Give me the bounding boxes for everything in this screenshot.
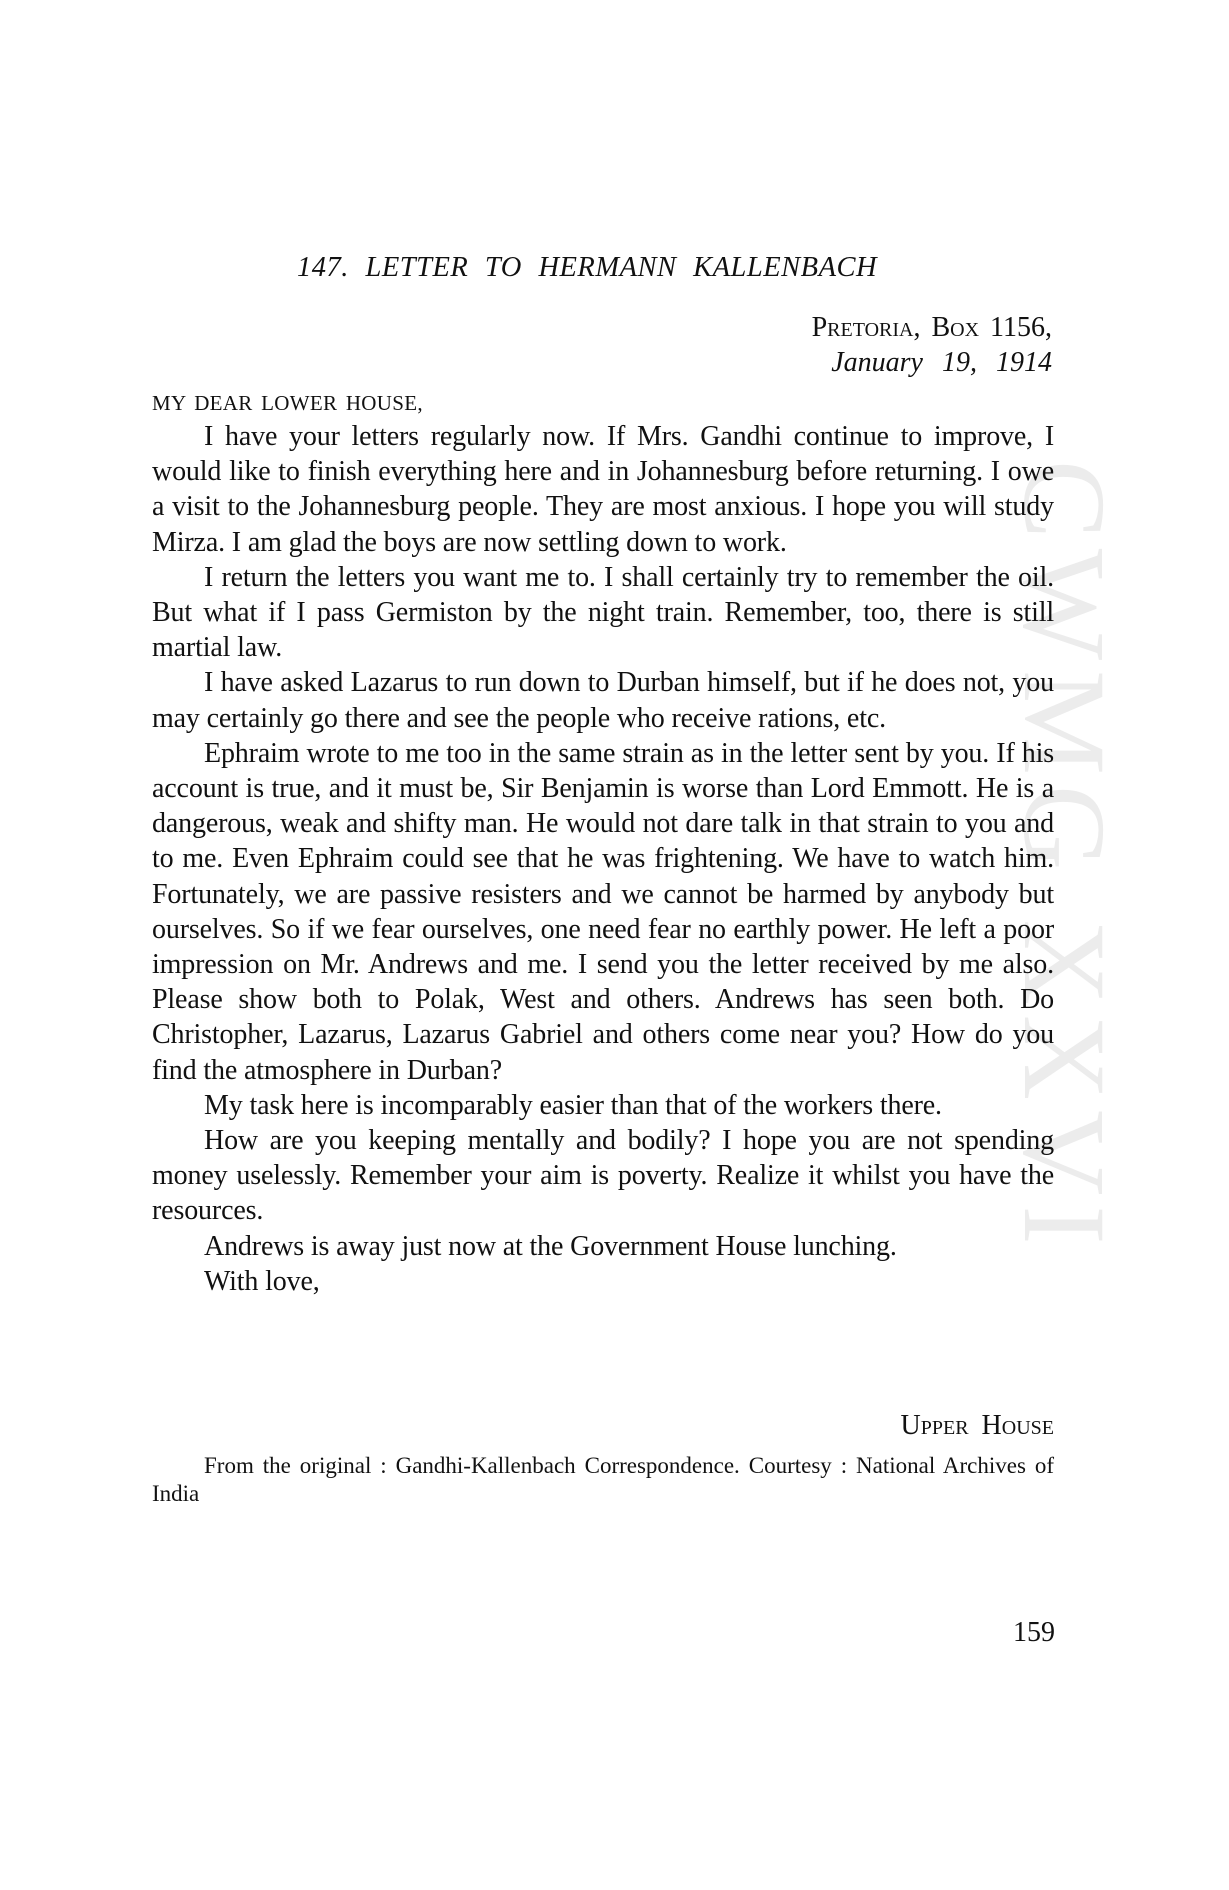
paragraph: I return the letters you want me to. I s… — [152, 560, 1054, 666]
paragraph: Ephraim wrote to me too in the same stra… — [152, 736, 1054, 1088]
paragraph: I have your letters regularly now. If Mr… — [152, 419, 1054, 560]
salutation: MY DEAR LOWER HOUSE, — [152, 391, 423, 416]
letter-date: January 19, 1914 — [831, 347, 1052, 379]
paragraph: How are you keeping mentally and bodily?… — [152, 1123, 1054, 1229]
paragraph: Andrews is away just now at the Governme… — [152, 1229, 1054, 1264]
source-note: From the original : Gandhi-Kallenbach Co… — [152, 1452, 1054, 1508]
letter-place: Pretoria, Box 1156, — [812, 312, 1052, 344]
document-title: 147. LETTER TO HERMANN KALLENBACH — [297, 252, 877, 284]
paragraph: I have asked Lazarus to run down to Durb… — [152, 665, 1054, 735]
place-name: Pretoria, Box — [812, 312, 979, 343]
closing: With love, — [152, 1264, 1054, 1299]
source-note-text: From the original : Gandhi-Kallenbach Co… — [152, 1452, 1054, 1508]
signature: Upper House — [901, 1410, 1054, 1442]
page-number: 159 — [1013, 1617, 1055, 1649]
letter-body: I have your letters regularly now. If Mr… — [152, 419, 1054, 1299]
place-box-number: 1156, — [990, 312, 1052, 343]
paragraph: My task here is incomparably easier than… — [152, 1088, 1054, 1123]
